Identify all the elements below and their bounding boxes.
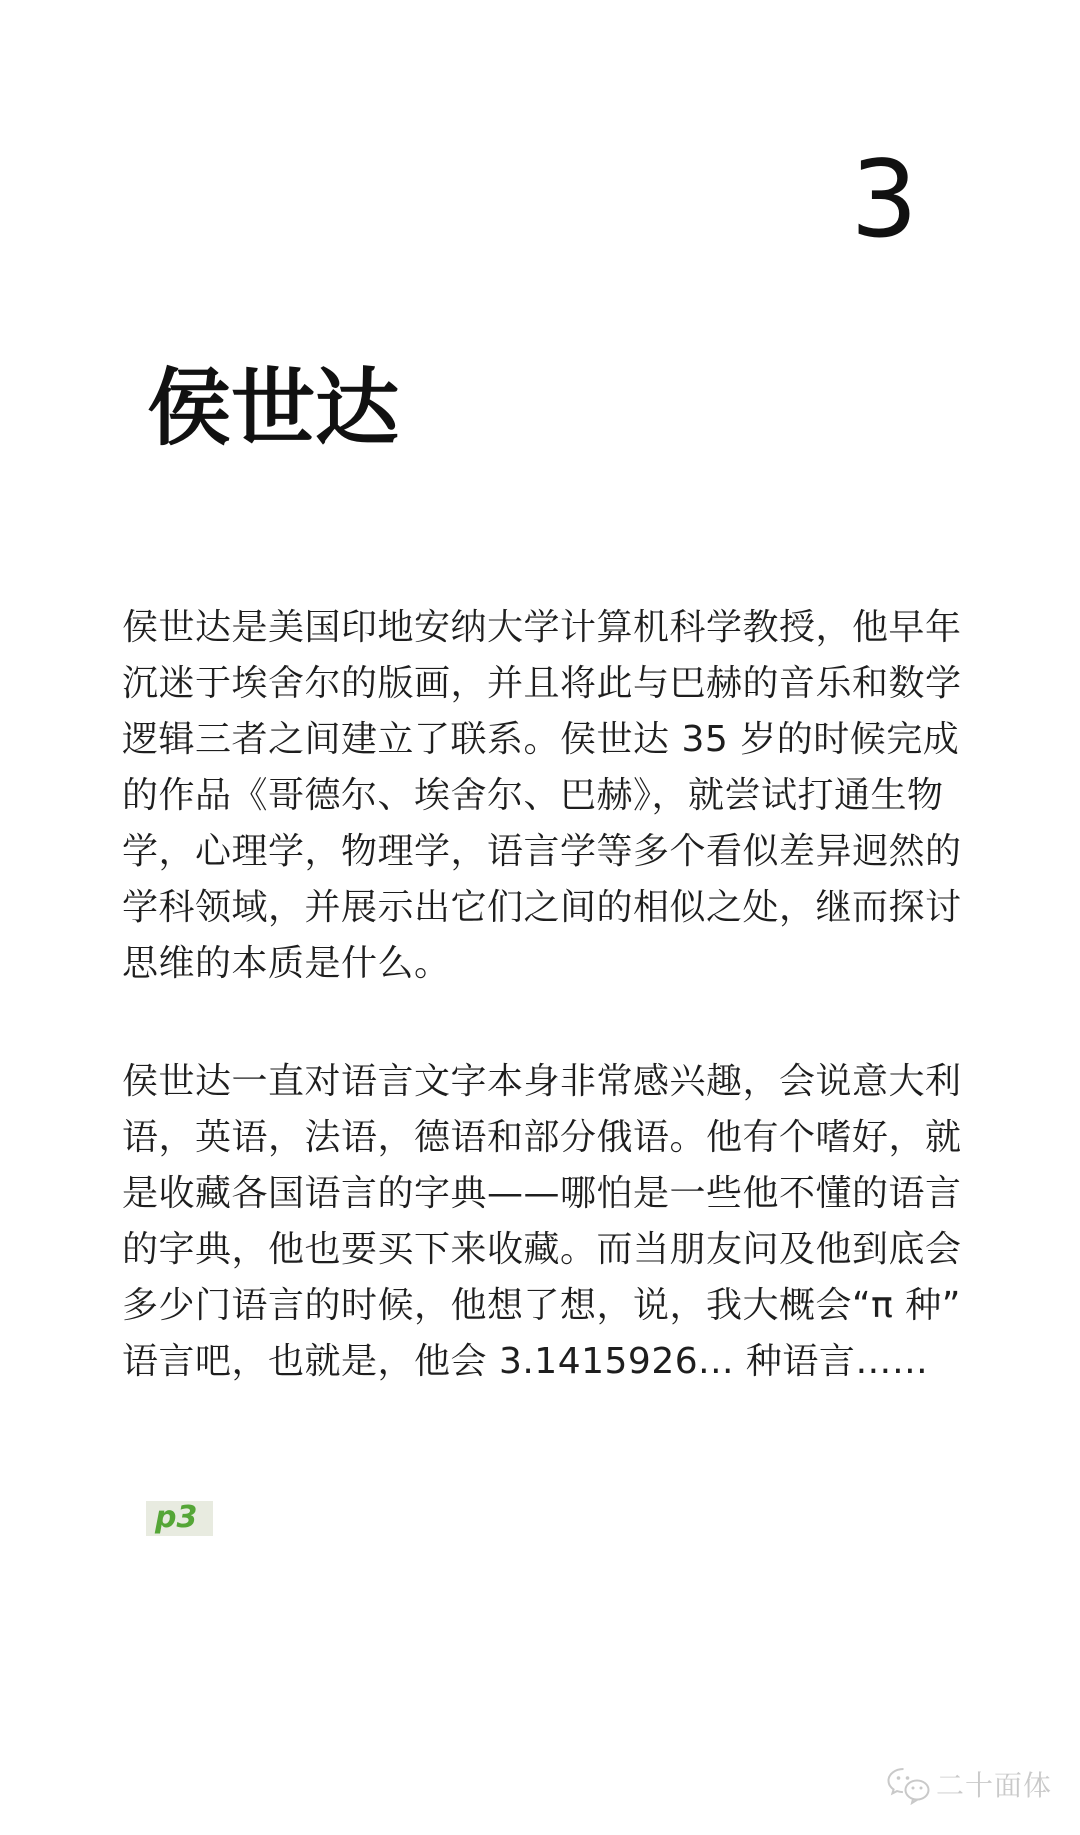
page-title: 侯世达 bbox=[147, 366, 399, 450]
paragraph: 侯世达一直对语言文字本身非常感兴趣，会说意大利 语，英语，法语，德语和部分俄语。… bbox=[122, 1054, 982, 1390]
body-text: 侯世达是美国印地安纳大学计算机科学教授，他早年 沉迷于埃舍尔的版画，并且将此与巴… bbox=[122, 600, 982, 1452]
chapter-number: 3 bbox=[851, 147, 918, 253]
watermark: 二十面体 bbox=[886, 1767, 1052, 1805]
paragraph: 侯世达是美国印地安纳大学计算机科学教授，他早年 沉迷于埃舍尔的版画，并且将此与巴… bbox=[122, 600, 982, 992]
document-page: 3 侯世达 侯世达是美国印地安纳大学计算机科学教授，他早年 沉迷于埃舍尔的版画，… bbox=[0, 0, 1080, 1835]
wechat-icon bbox=[886, 1767, 930, 1805]
page-number-badge: p3 bbox=[146, 1501, 213, 1536]
watermark-text: 二十面体 bbox=[936, 1772, 1052, 1800]
